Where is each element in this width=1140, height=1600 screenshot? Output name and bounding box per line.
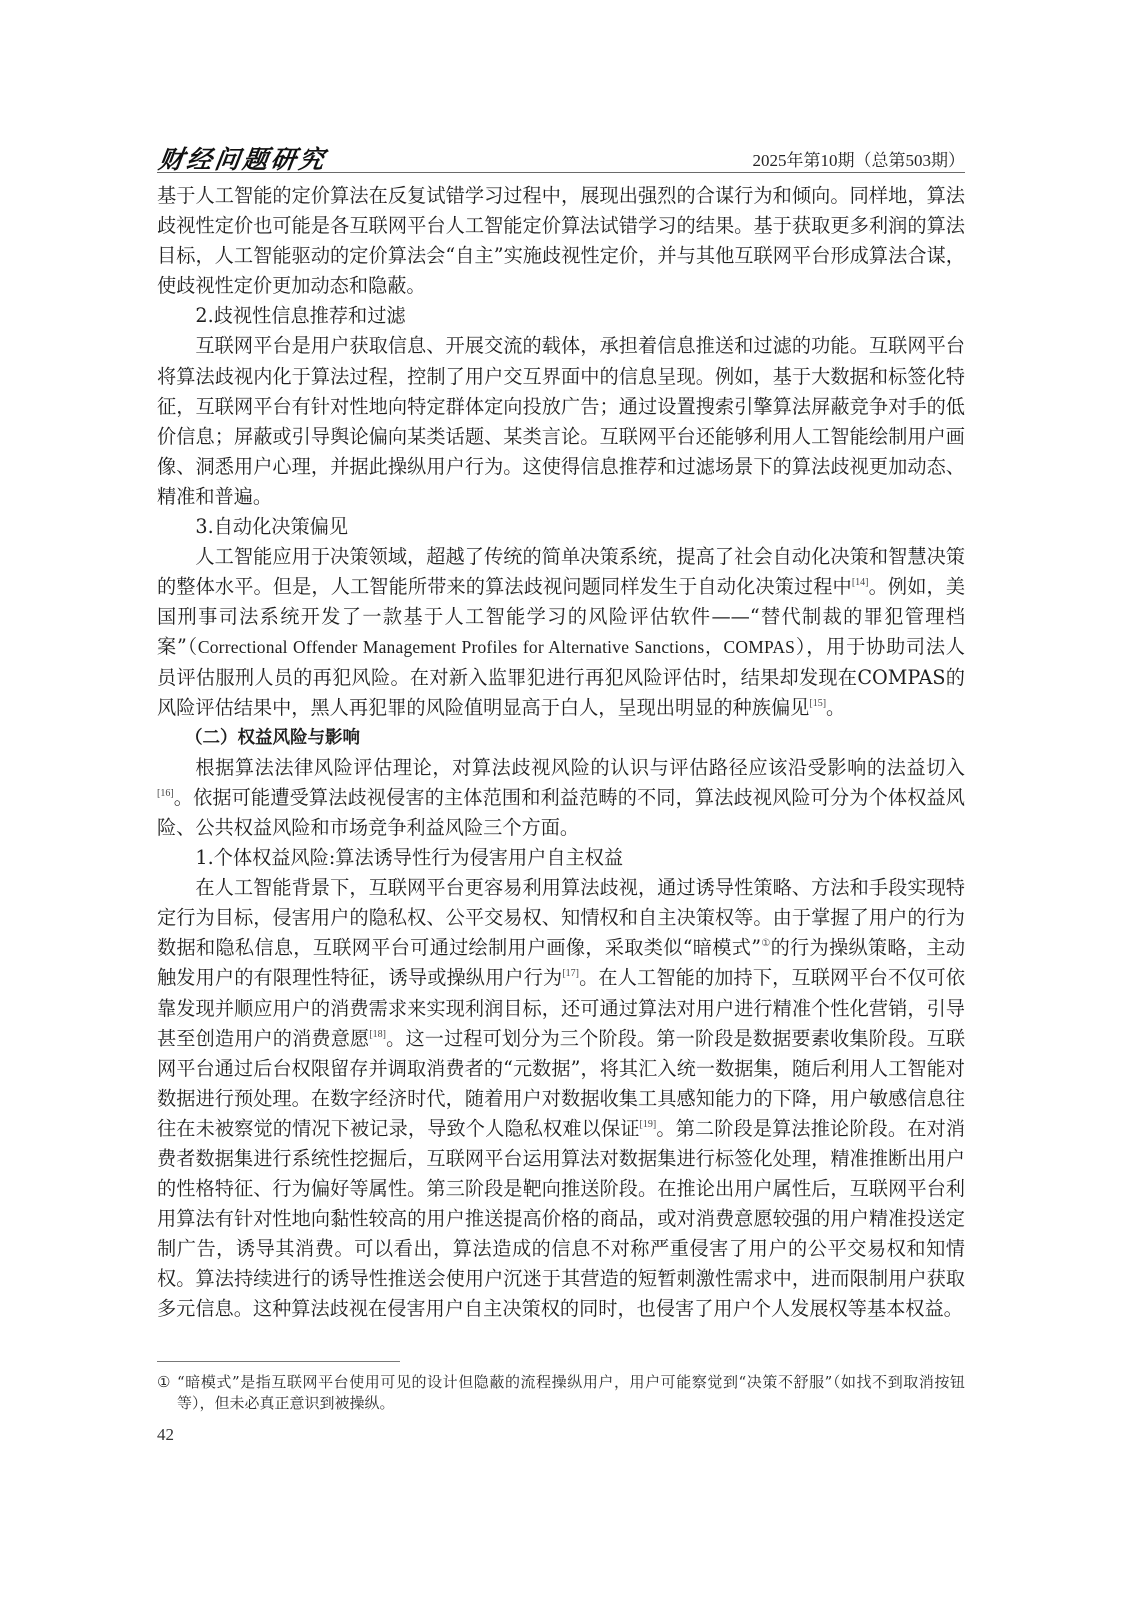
issue-info: 2025年第10期（总第503期） bbox=[753, 146, 966, 171]
footnote-text: “暗模式”是指互联网平台使用可见的设计但隐蔽的流程操纵用户，用户可能察觉到“决策… bbox=[157, 1372, 965, 1414]
citation-16: [16] bbox=[157, 788, 174, 799]
section-heading-rights-risk: （二）权益风险与影响 bbox=[157, 723, 965, 753]
article-body: 基于人工智能的定价算法在反复试错学习过程中，展现出强烈的合谋行为和倾向。同样地，… bbox=[157, 181, 965, 1325]
text-segment: 。依据可能遭受算法歧视侵害的主体范围和利益范畴的不同，算法歧视风险可分为个体权益… bbox=[157, 786, 965, 839]
subheading-recommendation-filtering: 2.歧视性信息推荐和过滤 bbox=[157, 301, 965, 331]
text-segment: 人工智能应用于决策领域，超越了传统的简单决策系统，提高了社会自动化决策和智慧决策… bbox=[157, 545, 965, 598]
paragraph-automated-decision-bias: 人工智能应用于决策领域，超越了传统的简单决策系统，提高了社会自动化决策和智慧决策… bbox=[157, 542, 965, 723]
text-segment: 。第二阶段是算法推论阶段。在对消费者数据集进行系统性挖掘后，互联网平台运用算法对… bbox=[157, 1117, 965, 1321]
paragraph-pricing-collusion: 基于人工智能的定价算法在反复试错学习过程中，展现出强烈的合谋行为和倾向。同样地，… bbox=[157, 181, 965, 301]
text-segment: 根据算法法律风险评估理论，对算法歧视风险的认识与评估路径应该沿受影响的法益切入 bbox=[195, 756, 965, 779]
footnote-divider bbox=[157, 1361, 400, 1362]
footnote: ① “暗模式”是指互联网平台使用可见的设计但隐蔽的流程操纵用户，用户可能察觉到“… bbox=[157, 1372, 965, 1414]
running-header: 财经问题研究 2025年第10期（总第503期） bbox=[157, 138, 965, 173]
paragraph-individual-rights-risk: 在人工智能背景下，互联网平台更容易利用算法歧视，通过诱导性策略、方法和手段实现特… bbox=[157, 873, 965, 1324]
citation-14: [14] bbox=[852, 577, 869, 588]
citation-19: [19] bbox=[640, 1119, 657, 1130]
subheading-automated-decision-bias: 3.自动化决策偏见 bbox=[157, 512, 965, 542]
compas-fullname: Correctional Offender Management Profile… bbox=[198, 637, 795, 657]
footnote-marker[interactable]: ① bbox=[761, 938, 771, 949]
paragraph-recommendation-filtering: 互联网平台是用户获取信息、开展交流的载体，承担着信息推送和过滤的功能。互联网平台… bbox=[157, 331, 965, 512]
page-number: 42 bbox=[157, 1425, 174, 1445]
citation-15: [15] bbox=[809, 698, 826, 709]
citation-18: [18] bbox=[369, 1029, 386, 1040]
subheading-individual-rights-risk: 1.个体权益风险:算法诱导性行为侵害用户自主权益 bbox=[157, 843, 965, 873]
paragraph-rights-risk: 根据算法法律风险评估理论，对算法歧视风险的认识与评估路径应该沿受影响的法益切入[… bbox=[157, 753, 965, 843]
citation-17: [17] bbox=[562, 968, 579, 979]
text-segment: 。 bbox=[826, 696, 845, 719]
footnote-mark: ① bbox=[157, 1372, 170, 1393]
journal-logo: 财经问题研究 bbox=[156, 140, 329, 176]
